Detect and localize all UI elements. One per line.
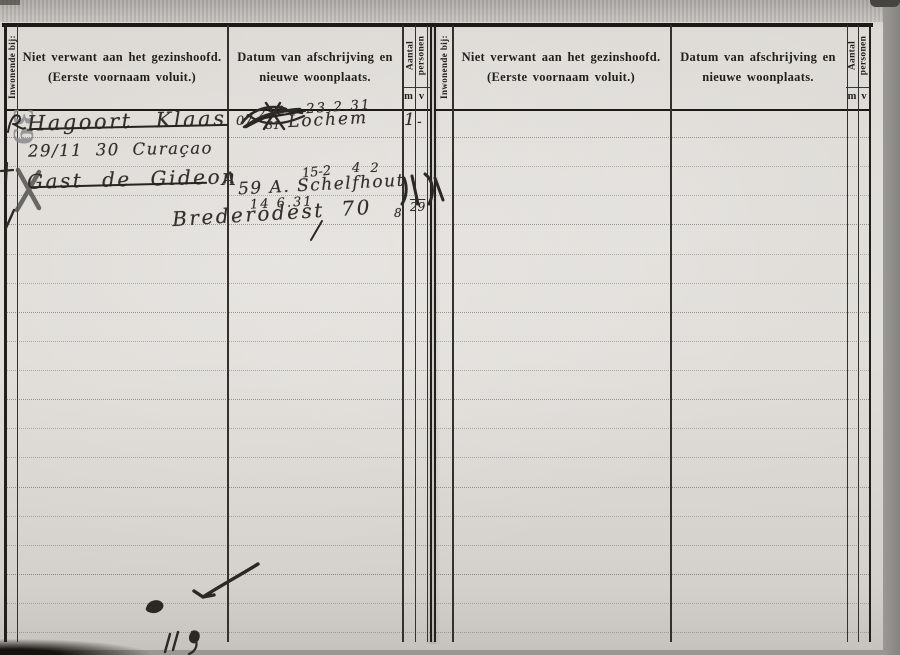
left-page-right-border bbox=[430, 25, 432, 642]
scan-top-edge bbox=[0, 0, 883, 22]
ink-mark bbox=[4, 108, 28, 136]
scanned-register-spread: Inwonende bij: Niet verwant aan het gezi… bbox=[0, 0, 900, 655]
stray-stroke bbox=[308, 219, 324, 243]
name-header-line2: (Eerste voornaam voluit.) bbox=[22, 67, 222, 87]
scan-right-edge bbox=[883, 0, 900, 655]
column-header-aantal-personen-left: Aantal personen bbox=[406, 27, 427, 85]
plus-mark bbox=[0, 161, 14, 183]
entry-row1-date-fraction-bottom: 31 bbox=[266, 119, 280, 132]
column-header-m-left: m bbox=[402, 91, 415, 102]
table-top-border bbox=[2, 23, 873, 27]
entry-row2-date-place: 29/11 30 Curaçao bbox=[28, 138, 213, 160]
entry-row4-sup: 8 bbox=[394, 206, 402, 220]
right-page-right-border bbox=[869, 25, 871, 642]
check-stroke bbox=[190, 560, 264, 604]
bottom-left-shadow bbox=[0, 639, 150, 655]
column-header-date-right: Datum van afschrijving en nieuwe woonpla… bbox=[672, 47, 844, 87]
ink-marks-bottom bbox=[160, 626, 206, 655]
corner-shadow bbox=[0, 0, 20, 5]
column-header-inwonende-bij-right: Inwonende bij: bbox=[439, 28, 449, 106]
column-header-aantal-personen-right: Aantal personen bbox=[848, 27, 869, 85]
entry-row1-date-prefix: 07 bbox=[236, 114, 253, 129]
date-header-line1: Datum van afschrijving en bbox=[230, 47, 400, 67]
column-header-name-right: Niet verwant aan het gezinshoofd. (Eerst… bbox=[460, 47, 662, 87]
column-header-v-right: v bbox=[858, 91, 870, 102]
ruled-lines-right-page bbox=[436, 111, 869, 641]
column-header-name-left: Niet verwant aan het gezinshoofd. (Eerst… bbox=[22, 47, 222, 87]
date-header-line2: nieuwe woonplaats. bbox=[230, 67, 400, 87]
corner-shadow bbox=[870, 0, 900, 7]
column-header-v-left: v bbox=[415, 91, 428, 102]
ink-blot bbox=[142, 596, 168, 616]
entry-row3-right-sup: 29 bbox=[410, 200, 425, 214]
column-header-date-left: Datum van afschrijving en nieuwe woonpla… bbox=[230, 47, 400, 87]
name-header-line1: Niet verwant aan het gezinshoofd. bbox=[22, 47, 222, 67]
column-header-inwonende-bij-left: Inwonende bij: bbox=[7, 28, 17, 106]
entry-row3-name-mark: A bbox=[222, 168, 236, 190]
entry-row1-count-m: 1 bbox=[404, 110, 415, 130]
ink-tick bbox=[3, 208, 17, 230]
entry-row1-count-v: - bbox=[417, 114, 422, 130]
column-header-m-right: m bbox=[846, 91, 858, 102]
